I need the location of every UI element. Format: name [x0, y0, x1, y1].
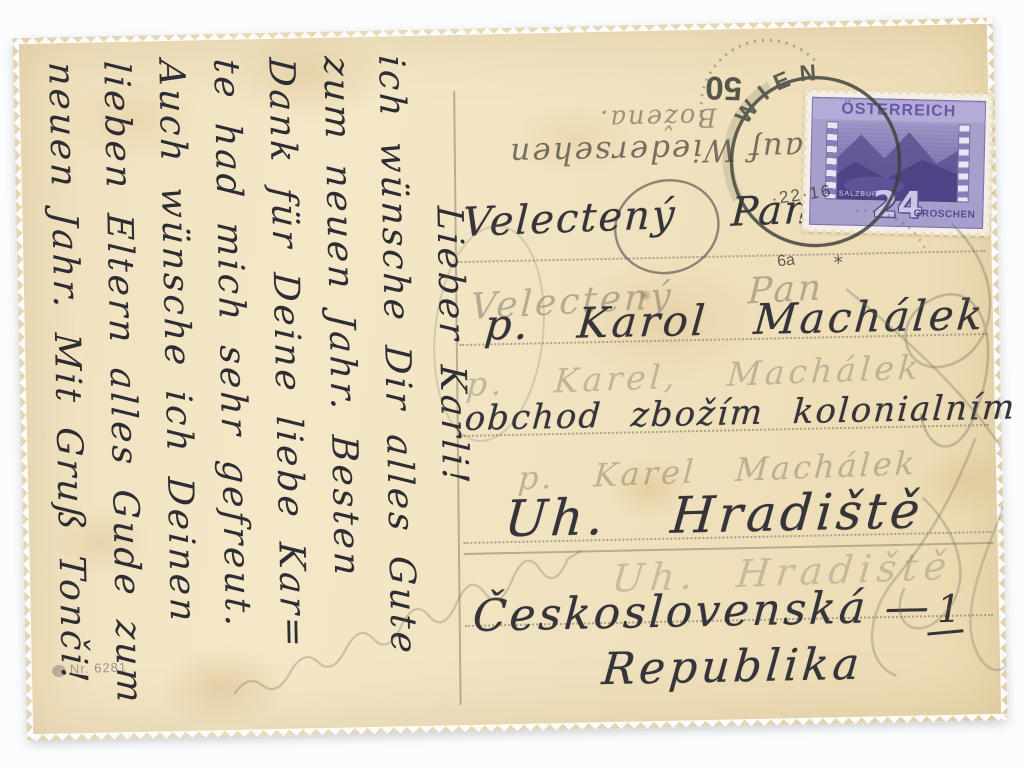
stamp-ladder-border-right: [957, 124, 971, 202]
upside-down-note: auf Wiedersehen Božena.: [433, 48, 803, 174]
address-rule-1: [458, 250, 986, 263]
stamp-value: 24: [872, 184, 923, 226]
stamp-face: ÖSTERREICH SALZBURG 24 GROSCHEN: [809, 97, 986, 229]
postcard: Nr. 6281 Lieber Karli! ich wünsche Dir a…: [13, 18, 1007, 740]
deckle-edge-bottom: [27, 714, 1007, 742]
stamp-unit-label: GROSCHEN: [913, 208, 975, 221]
stamp-country-label: ÖSTERREICH: [813, 99, 985, 123]
postmark-star: *: [833, 252, 843, 274]
address-country-ink: Československá —: [471, 581, 934, 642]
deckle-edge-top: [13, 17, 993, 45]
stamp-ladder-border-left: [825, 121, 839, 199]
address-salutation-ink: Velectený Pan: [462, 187, 813, 247]
address-name-ink: p. Karol Machálek: [483, 290, 988, 350]
postage-stamp: ÖSTERREICH SALZBURG 24 GROSCHEN: [802, 90, 993, 237]
address-town-ink: Uh. Hradiště: [502, 481, 926, 548]
address-country-ink-2: Republika: [600, 639, 865, 696]
stamp-perforation: [986, 94, 996, 236]
address-number-mark: 1: [936, 587, 961, 631]
stamp-perforation: [802, 228, 990, 240]
message-block: Lieber Karli! ich wünsche Dir alles Gute…: [25, 54, 487, 718]
photo-background: Nr. 6281 Lieber Karli! ich wünsche Dir a…: [0, 0, 1024, 768]
address-number-underline: [927, 629, 963, 635]
